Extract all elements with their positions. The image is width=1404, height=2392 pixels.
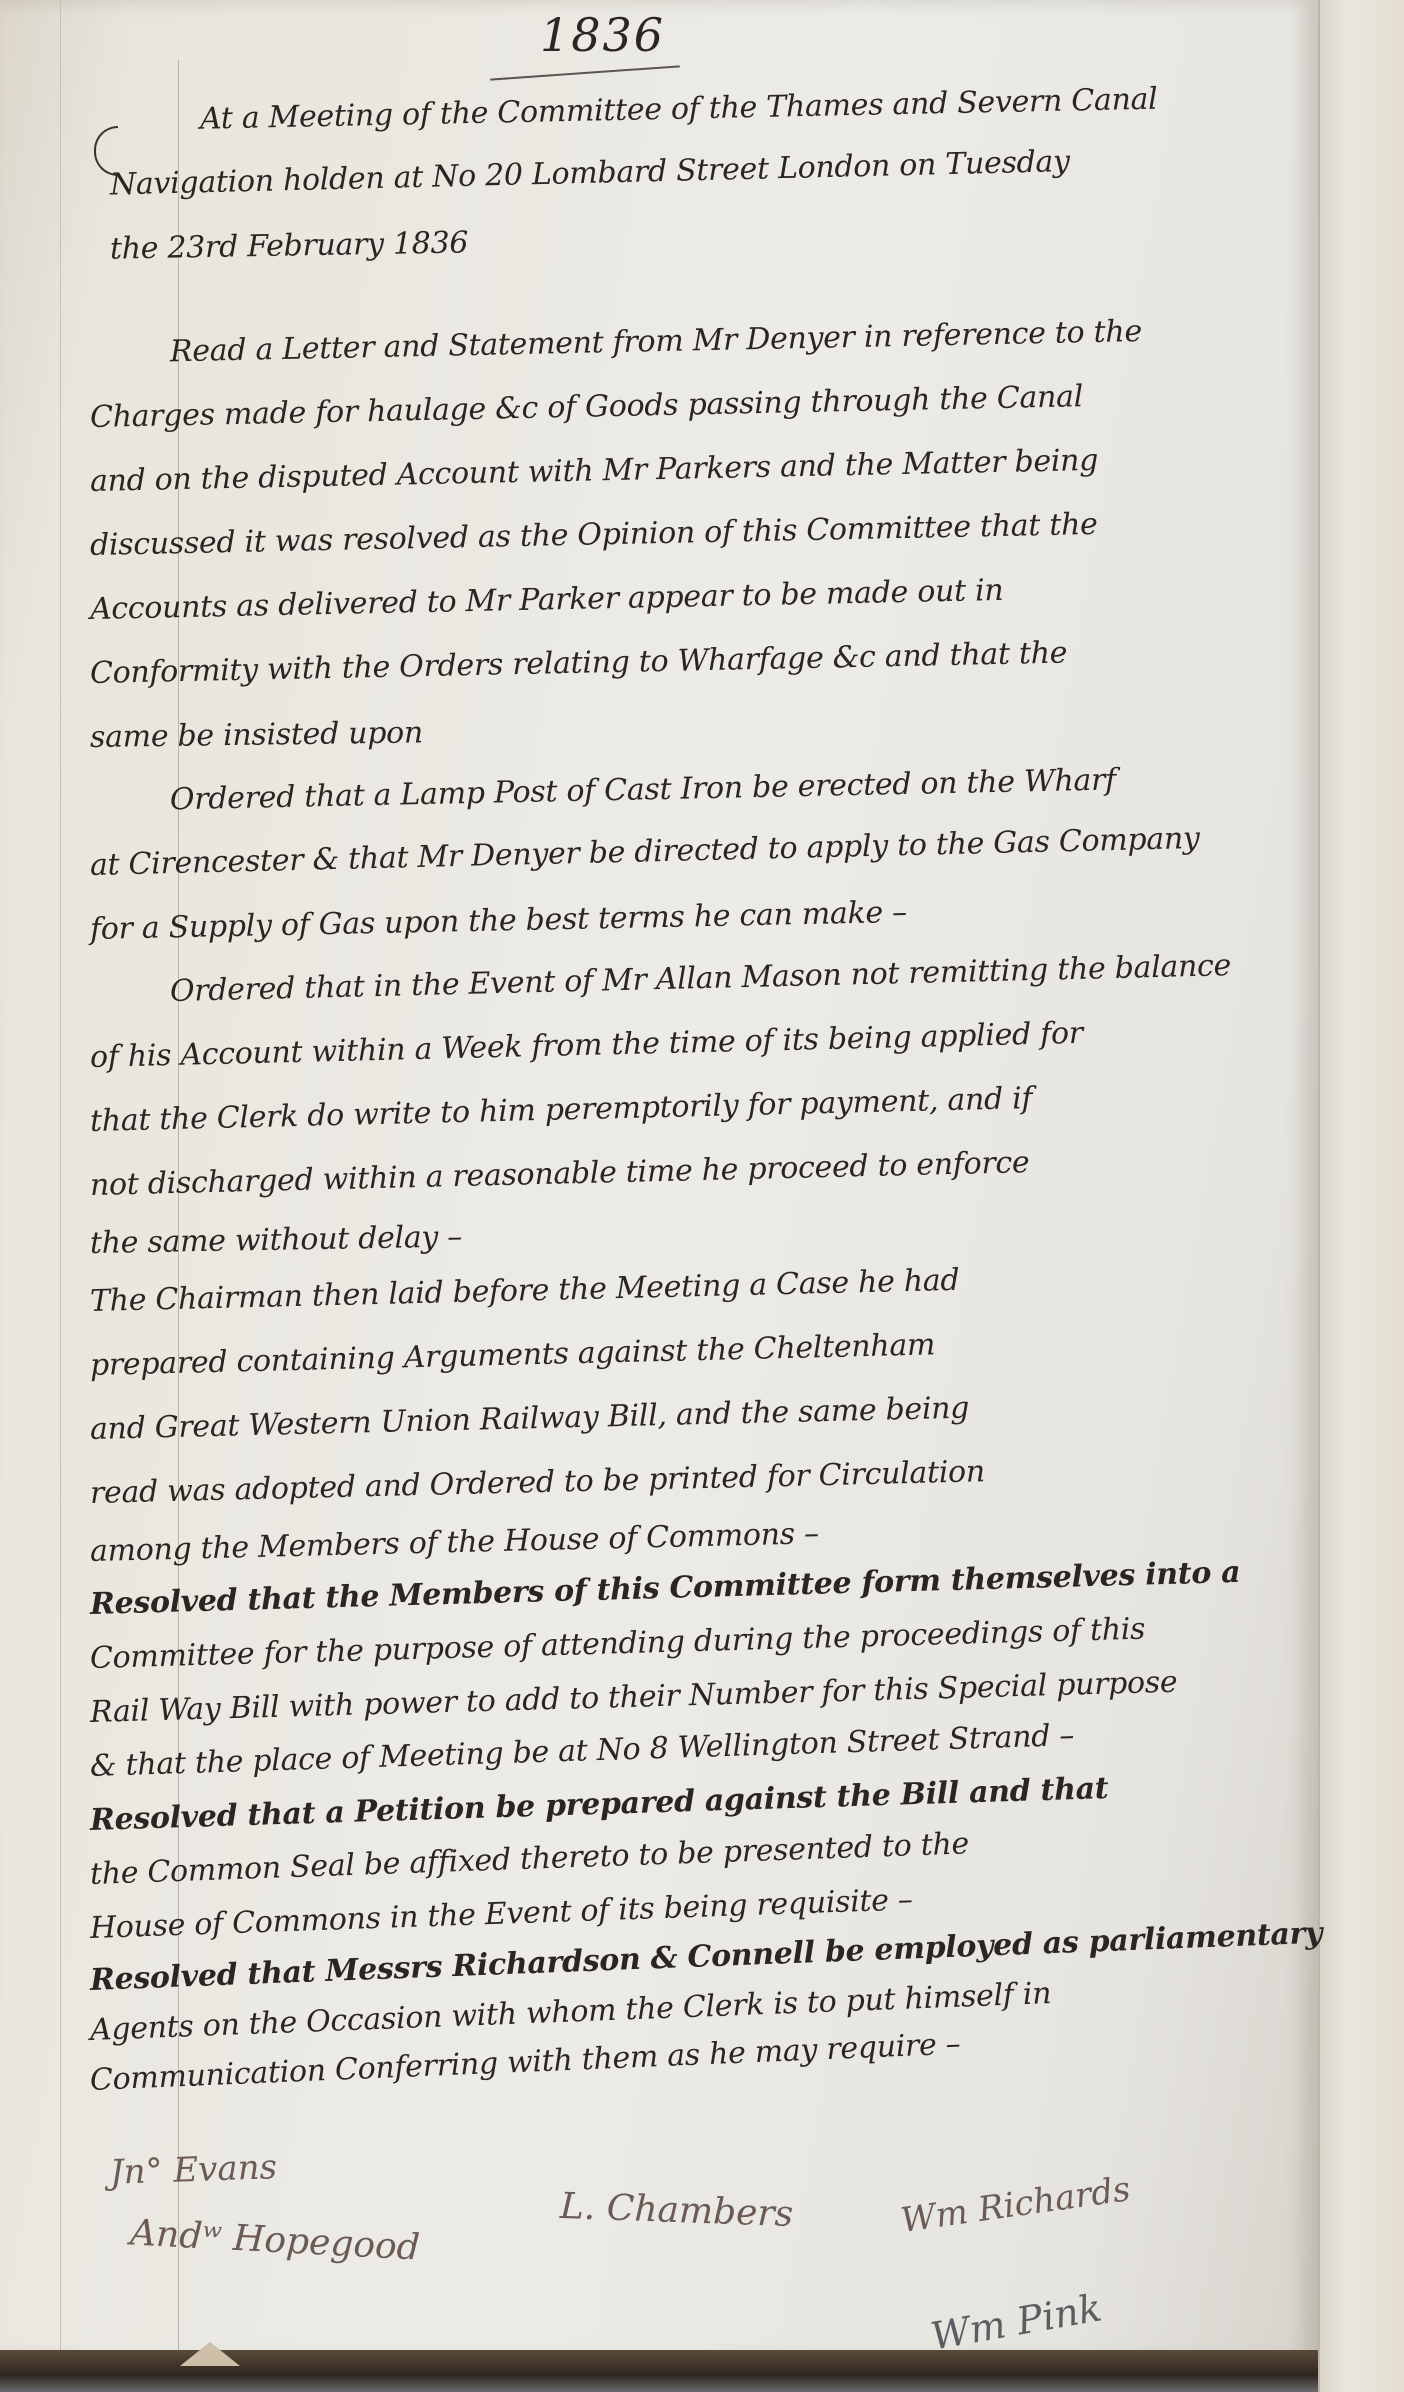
book-page-edges bbox=[1318, 0, 1404, 2392]
signature: Wm Richards bbox=[898, 2169, 1132, 2241]
signature: L. Chambers bbox=[559, 2186, 793, 2235]
signature: Jn° Evans bbox=[109, 2147, 277, 2193]
ledger-page: 1836 At a Meeting of the Committee of th… bbox=[0, 0, 1318, 2360]
page-corner-fold bbox=[180, 2342, 240, 2366]
signature-block: Jn° Evans Andʷ Hopegood L. Chambers Wm R… bbox=[0, 0, 1318, 2392]
signature: Andʷ Hopegood bbox=[129, 2212, 421, 2268]
signature: Wm Pink bbox=[927, 2285, 1104, 2358]
